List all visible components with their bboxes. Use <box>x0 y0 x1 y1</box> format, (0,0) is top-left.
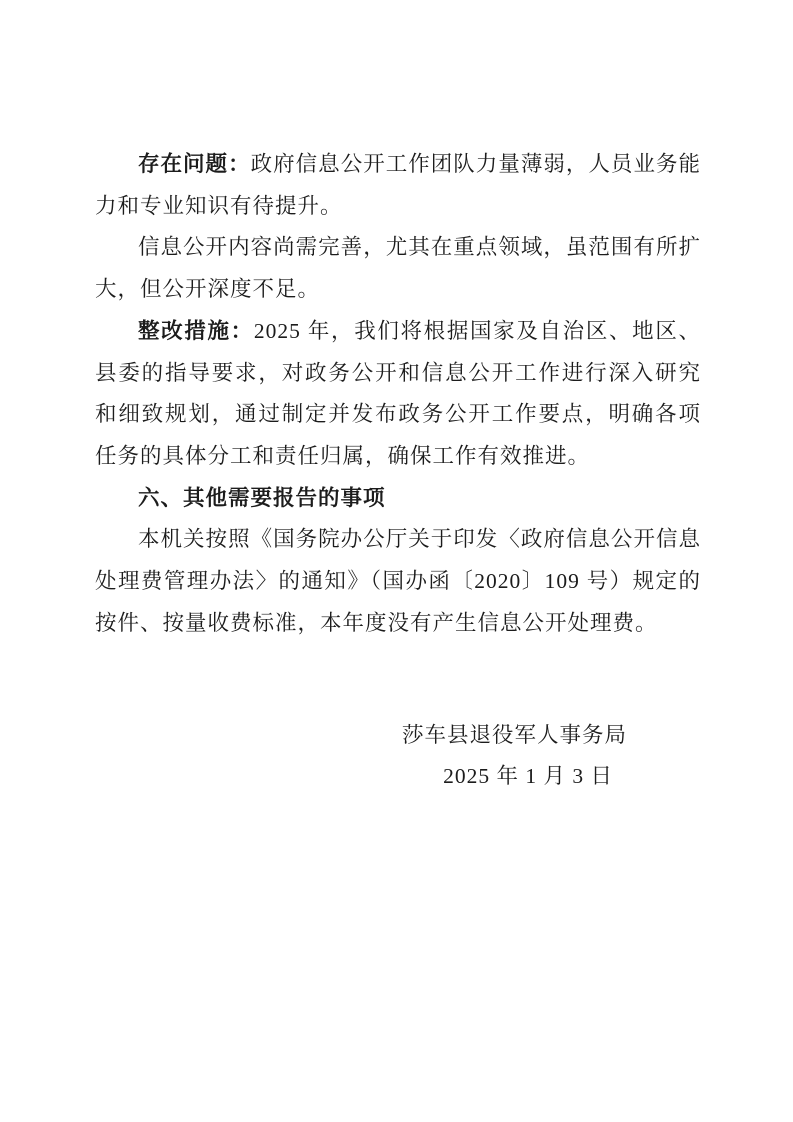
document-body: 存在问题：政府信息公开工作团队力量薄弱，人员业务能力和专业知识有待提升。 信息公… <box>95 144 701 644</box>
document-page: 存在问题：政府信息公开工作团队力量薄弱，人员业务能力和专业知识有待提升。 信息公… <box>0 0 793 1122</box>
section-six-heading: 六、其他需要报告的事项 <box>95 478 701 520</box>
paragraph-measures: 整改措施：2025 年，我们将根据国家及自治区、地区、县委的指导要求，对政务公开… <box>95 311 701 478</box>
issue-date: 2025 年 1 月 3 日 <box>443 764 613 788</box>
paragraph-problems: 存在问题：政府信息公开工作团队力量薄弱，人员业务能力和专业知识有待提升。 <box>95 144 701 227</box>
paragraph-measures-label: 整改措施： <box>138 319 254 343</box>
paragraph-content-gap-text: 信息公开内容尚需完善，尤其在重点领域，虽范围有所扩大，但公开深度不足。 <box>95 235 701 301</box>
paragraph-other-matters-text: 本机关按照《国务院办公厅关于印发〈政府信息公开信息处理费管理办法〉的通知》（国办… <box>95 527 701 634</box>
issuing-agency-signature: 莎车县退役军人事务局 <box>402 723 627 747</box>
paragraph-other-matters: 本机关按照《国务院办公厅关于印发〈政府信息公开信息处理费管理办法〉的通知》（国办… <box>95 519 701 644</box>
paragraph-problems-label: 存在问题： <box>138 152 251 176</box>
paragraph-content-gap: 信息公开内容尚需完善，尤其在重点领域，虽范围有所扩大，但公开深度不足。 <box>95 227 701 310</box>
